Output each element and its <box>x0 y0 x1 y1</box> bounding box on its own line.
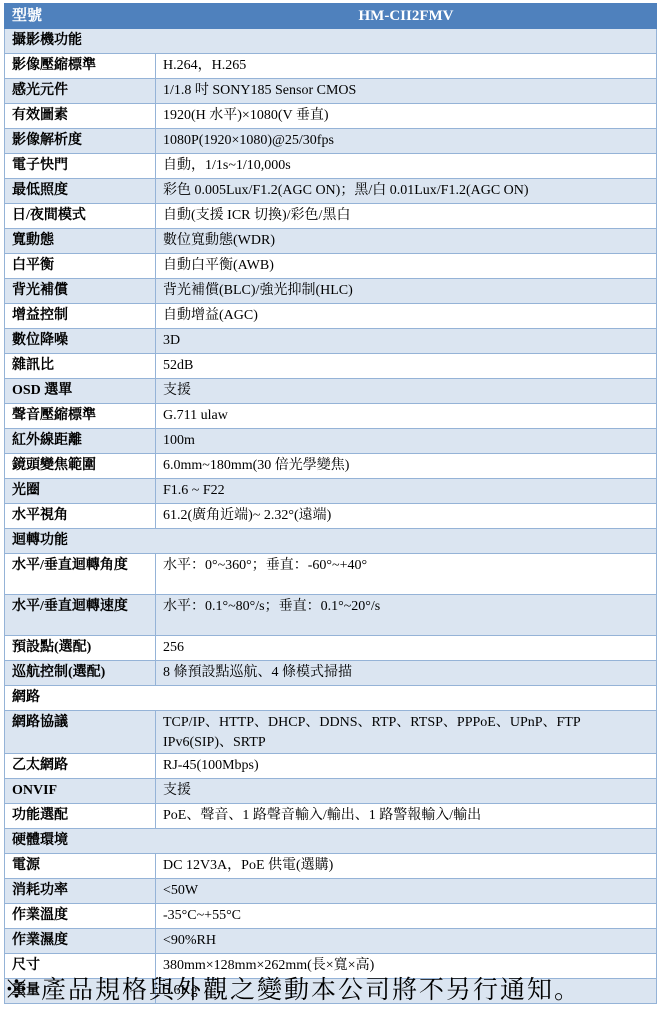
spec-value: 水平：0.1°~80°/s；垂直：0.1°~20°/s <box>156 595 657 636</box>
spec-value: 52dB <box>156 354 657 379</box>
section-row: 網路 <box>5 686 657 711</box>
spec-label: 背光補償 <box>5 279 156 304</box>
table-row: OSD 選單支援 <box>5 379 657 404</box>
spec-value: 自動白平衡(AWB) <box>156 254 657 279</box>
spec-value: 背光補償(BLC)/強光抑制(HLC) <box>156 279 657 304</box>
table-row: 有效圖素1920(H 水平)×1080(V 垂直) <box>5 104 657 129</box>
spec-value: -35°C~+55°C <box>156 904 657 929</box>
spec-value: RJ-45(100Mbps) <box>156 754 657 779</box>
table-header-row: 型號 HM-CII2FMV <box>5 4 657 29</box>
spec-value: 61.2(廣角近端)~ 2.32°(遠端) <box>156 504 657 529</box>
spec-label: 鏡頭變焦範圍 <box>5 454 156 479</box>
table-row: 巡航控制(選配)8 條預設點巡航、4 條模式掃描 <box>5 661 657 686</box>
spec-label: 作業溫度 <box>5 904 156 929</box>
spec-label: 電子快門 <box>5 154 156 179</box>
spec-label: 電源 <box>5 854 156 879</box>
table-row: 光圈F1.6 ~ F22 <box>5 479 657 504</box>
table-row: 水平視角61.2(廣角近端)~ 2.32°(遠端) <box>5 504 657 529</box>
spec-value: 8 條預設點巡航、4 條模式掃描 <box>156 661 657 686</box>
table-row: 網路協議TCP/IP、HTTP、DHCP、DDNS、RTP、RTSP、PPPoE… <box>5 711 657 754</box>
spec-value: H.264，H.265 <box>156 54 657 79</box>
spec-value: 100m <box>156 429 657 454</box>
spec-value: 數位寬動態(WDR) <box>156 229 657 254</box>
table-row: 影像解析度1080P(1920×1080)@25/30fps <box>5 129 657 154</box>
spec-value: F1.6 ~ F22 <box>156 479 657 504</box>
table-row: 最低照度彩色 0.005Lux/F1.2(AGC ON)；黑/白 0.01Lux… <box>5 179 657 204</box>
table-row: 聲音壓縮標準G.711 ulaw <box>5 404 657 429</box>
spec-value: 水平：0°~360°；垂直：-60°~+40° <box>156 554 657 595</box>
spec-value: 6.0mm~180mm(30 倍光學變焦) <box>156 454 657 479</box>
spec-label: 水平/垂直迴轉角度 <box>5 554 156 595</box>
spec-label: 水平/垂直迴轉速度 <box>5 595 156 636</box>
table-row: 乙太網路RJ-45(100Mbps) <box>5 754 657 779</box>
table-row: 增益控制自動增益(AGC) <box>5 304 657 329</box>
table-row: 紅外線距離100m <box>5 429 657 454</box>
section-title: 攝影機功能 <box>5 29 657 54</box>
table-row: 影像壓縮標準H.264，H.265 <box>5 54 657 79</box>
table-row: 電源DC 12V3A，PoE 供電(選購) <box>5 854 657 879</box>
spec-label: 數位降噪 <box>5 329 156 354</box>
spec-value: 1/1.8 吋 SONY185 Sensor CMOS <box>156 79 657 104</box>
table-row: 白平衡自動白平衡(AWB) <box>5 254 657 279</box>
spec-value: 1080P(1920×1080)@25/30fps <box>156 129 657 154</box>
section-title: 硬體環境 <box>5 829 657 854</box>
spec-label: 白平衡 <box>5 254 156 279</box>
spec-label: 網路協議 <box>5 711 156 754</box>
spec-label: 寬動態 <box>5 229 156 254</box>
spec-label: 有效圖素 <box>5 104 156 129</box>
spec-table-body: 型號 HM-CII2FMV 攝影機功能影像壓縮標準H.264，H.265感光元件… <box>5 4 657 1004</box>
spec-label: 聲音壓縮標準 <box>5 404 156 429</box>
table-row: 消耗功率<50W <box>5 879 657 904</box>
section-row: 硬體環境 <box>5 829 657 854</box>
spec-value: <50W <box>156 879 657 904</box>
spec-value: 自動增益(AGC) <box>156 304 657 329</box>
spec-value: G.711 ulaw <box>156 404 657 429</box>
spec-value: DC 12V3A，PoE 供電(選購) <box>156 854 657 879</box>
section-row: 攝影機功能 <box>5 29 657 54</box>
disclaimer-note: ※ 產品規格與外觀之變動本公司將不另行通知。 <box>4 974 581 1006</box>
table-row: 功能選配PoE、聲音、1 路聲音輸入/輸出、1 路警報輸入/輸出 <box>5 804 657 829</box>
table-row: 雜訊比52dB <box>5 354 657 379</box>
spec-value: 彩色 0.005Lux/F1.2(AGC ON)；黑/白 0.01Lux/F1.… <box>156 179 657 204</box>
spec-value: 自動，1/1s~1/10,000s <box>156 154 657 179</box>
spec-value: TCP/IP、HTTP、DHCP、DDNS、RTP、RTSP、PPPoE、UPn… <box>156 711 657 754</box>
table-row: 鏡頭變焦範圍6.0mm~180mm(30 倍光學變焦) <box>5 454 657 479</box>
table-row: 感光元件1/1.8 吋 SONY185 Sensor CMOS <box>5 79 657 104</box>
spec-label: 作業濕度 <box>5 929 156 954</box>
table-row: 寬動態數位寬動態(WDR) <box>5 229 657 254</box>
section-title: 迴轉功能 <box>5 529 657 554</box>
spec-table: 型號 HM-CII2FMV 攝影機功能影像壓縮標準H.264，H.265感光元件… <box>4 3 657 1004</box>
spec-label: 消耗功率 <box>5 879 156 904</box>
spec-value: 3D <box>156 329 657 354</box>
table-row: 電子快門自動，1/1s~1/10,000s <box>5 154 657 179</box>
spec-value: 256 <box>156 636 657 661</box>
table-row: 水平/垂直迴轉角度水平：0°~360°；垂直：-60°~+40° <box>5 554 657 595</box>
table-row: 背光補償背光補償(BLC)/強光抑制(HLC) <box>5 279 657 304</box>
table-row: ONVIF支援 <box>5 779 657 804</box>
table-row: 作業溫度-35°C~+55°C <box>5 904 657 929</box>
spec-value: 1920(H 水平)×1080(V 垂直) <box>156 104 657 129</box>
spec-label: OSD 選單 <box>5 379 156 404</box>
spec-label: 影像解析度 <box>5 129 156 154</box>
table-row: 作業濕度<90%RH <box>5 929 657 954</box>
model-label: 型號 <box>5 4 156 29</box>
spec-value: 自動(支援 ICR 切換)/彩色/黑白 <box>156 204 657 229</box>
spec-label: 預設點(選配) <box>5 636 156 661</box>
spec-label: 增益控制 <box>5 304 156 329</box>
spec-label: 水平視角 <box>5 504 156 529</box>
spec-label: 巡航控制(選配) <box>5 661 156 686</box>
spec-value: 支援 <box>156 779 657 804</box>
spec-label: 雜訊比 <box>5 354 156 379</box>
spec-value: <90%RH <box>156 929 657 954</box>
spec-label: ONVIF <box>5 779 156 804</box>
table-row: 預設點(選配)256 <box>5 636 657 661</box>
spec-label: 日/夜間模式 <box>5 204 156 229</box>
spec-value: PoE、聲音、1 路聲音輸入/輸出、1 路警報輸入/輸出 <box>156 804 657 829</box>
table-row: 水平/垂直迴轉速度水平：0.1°~80°/s；垂直：0.1°~20°/s <box>5 595 657 636</box>
spec-label: 乙太網路 <box>5 754 156 779</box>
table-row: 日/夜間模式自動(支援 ICR 切換)/彩色/黑白 <box>5 204 657 229</box>
section-row: 迴轉功能 <box>5 529 657 554</box>
spec-label: 光圈 <box>5 479 156 504</box>
spec-label: 紅外線距離 <box>5 429 156 454</box>
spec-label: 感光元件 <box>5 79 156 104</box>
table-row: 數位降噪3D <box>5 329 657 354</box>
section-title: 網路 <box>5 686 657 711</box>
spec-label: 影像壓縮標準 <box>5 54 156 79</box>
spec-label: 最低照度 <box>5 179 156 204</box>
model-value: HM-CII2FMV <box>156 4 657 29</box>
spec-value: 支援 <box>156 379 657 404</box>
spec-label: 功能選配 <box>5 804 156 829</box>
